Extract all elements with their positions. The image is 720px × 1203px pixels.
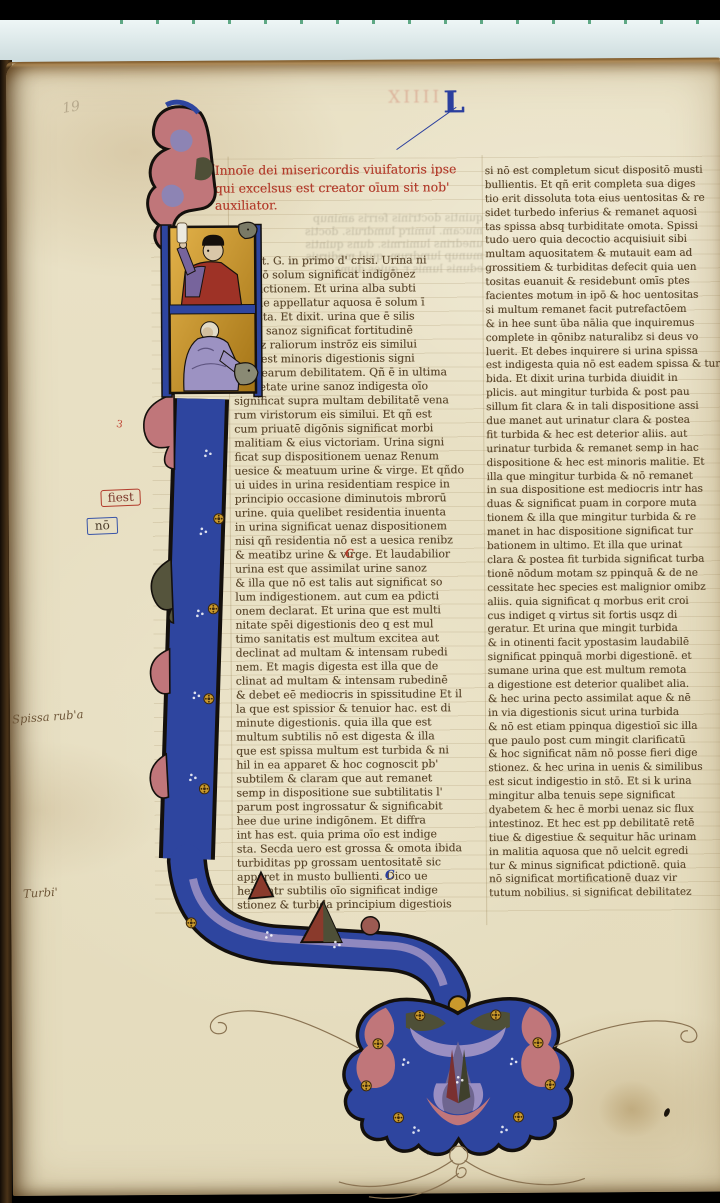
text-line: duas & significat puam in corpore muta (487, 497, 720, 512)
left-column-text: Inquit. G. in primo d' crisi. Urina nigr… (233, 253, 489, 913)
text-line: multam aquositatem & mutauit eam ad (485, 247, 720, 262)
text-line: manet in hac dispositione significat tur (487, 525, 720, 540)
margin-red-mark: 3 (115, 419, 123, 431)
text-line: sillum fit clara & in tali dispositione … (486, 400, 720, 415)
margin-note-spissa: Spissa rub'a (12, 707, 84, 726)
text-line: a digestione est deterior qualibet alia. (488, 678, 720, 693)
text-line: sumane urina que est multum remota (488, 664, 720, 679)
text-line: ique est minoris digestionis signi (234, 351, 486, 367)
text-line: tudo uero quia decoctio acquisiuit sibi (485, 233, 720, 248)
text-line: complete in qōnibz naturalibz si deus vo (486, 330, 720, 345)
text-line: la que est spissior & tenuior hac. est d… (236, 701, 488, 717)
paraph-mark-red: C (345, 547, 354, 560)
text-line: est indigesta quia nō est eadem spissa &… (486, 358, 720, 373)
text-line: hementr subtilis oīo significat indige (237, 883, 489, 899)
text-line: stionez & turbida principium digestiois (237, 897, 489, 913)
text-line: grauetate urine sanoz indigesta oīo (234, 379, 486, 395)
text-line: que paulo post cum mingit clarificatū (488, 733, 720, 748)
text-line: significat supra multam debilitatē vena (234, 393, 486, 409)
text-line: in sua dispositione est mediocris intr h… (487, 483, 720, 498)
rubric-text: Innoīe dei misericordis viuifatoris ipse… (215, 160, 481, 214)
parchment-stain (598, 1080, 664, 1138)
text-line: apparet in musto bullienti. Dico ue (237, 869, 489, 885)
text-line: nitate spēi digestionis deo q est mul (235, 617, 487, 633)
text-line: onem declarat. Et urina que est multi (235, 603, 487, 619)
text-line: malitiam & eius victoriam. Urina signi (234, 435, 486, 451)
text-line: urine. quia quelibet residentia inuenta (235, 505, 487, 521)
text-line: bida. Et dixit urina turbida diuidit in (486, 372, 720, 387)
parchment-page: 19 XIIII L Innoīe dei misericordis viuif… (6, 58, 720, 1196)
text-line: cus indiget q virtus sit fortis usqz di (487, 608, 720, 623)
manuscript-photo: 19 XIIII L Innoīe dei misericordis viuif… (0, 0, 720, 1203)
text-line: Inquit. G. in primo d' crisi. Urina ni (233, 253, 485, 269)
text-line: multum subtilis nō est digesta & illa (236, 729, 488, 745)
text-line: & in hee sunt ūba nālia que inquiremus (486, 316, 720, 331)
text-line: tio erit dissoluta tota eius uentositas … (485, 191, 720, 206)
text-line: cessitate hec species est malignior omib… (487, 580, 720, 595)
text-line: uenaz raliorum instrōz eis similui (234, 337, 486, 353)
text-line: ui uides in urina residentiam respice in (235, 477, 487, 493)
text-line: digesta. Et dixit. urina que ē silis (234, 309, 486, 325)
text-line: principio occasione diminutois mbrorū (235, 491, 487, 507)
text-line: hee due urine indigōnem. Et diffra (237, 813, 489, 829)
pencil-folio-number: 19 (61, 98, 81, 116)
text-line: tionē nōdum motam sz ppinquā & de ne (487, 566, 720, 581)
paraph-mark-rubric: C (203, 161, 215, 179)
text-line: sta. Secda uero est grossa & omota ibida (237, 841, 489, 857)
text-line: dispositione & hec est minoris malitie. … (486, 455, 720, 470)
text-line: que est spissa multum est turbida & ni (236, 743, 488, 759)
text-line: stionez. & hec urina in uenis & similibu… (488, 761, 720, 776)
text-line: lum indigestionem. aut cum ea pdicti (235, 589, 487, 605)
text-line: declinat ad multam & intensam rubedi (236, 645, 488, 661)
text-line: nem. Et magis digesta est illa que de (236, 659, 488, 675)
text-line: semp in dispositione sue subtilitatis l' (236, 785, 488, 801)
text-line: sidet turbedo inferius & remanet aquosi (485, 205, 720, 220)
paraph-mark-blue: C (385, 868, 395, 882)
text-line: minute digestionis. quia illa que est (236, 715, 488, 731)
text-line: urinatur turbida & remanet semp in hac (486, 441, 720, 456)
text-line: qui excelsus est creator oīum sit nob' (215, 178, 481, 197)
ruler-tick-marks (120, 20, 720, 24)
running-header-letter: L (443, 85, 464, 120)
text-line: nō significat mortificationē duaz vir (489, 872, 720, 887)
text-line: tiue & digestiue & sequitur hāc urinam (489, 830, 720, 845)
text-line: cum priuatē digōnis significat morbi (234, 421, 486, 437)
foliate-terminal (343, 996, 572, 1155)
text-line: dyabetem & hec ē morbi uenaz sic flux (489, 803, 720, 818)
text-line: facientes motum in ipō & hoc uentositas (485, 289, 720, 304)
text-line: clinat ad multam & intensam rubedinē (236, 673, 488, 689)
text-line: est sicut indigestio in stō. Et si k uri… (488, 775, 720, 790)
right-column-text: si nō est completum sicut dispositō must… (485, 164, 720, 902)
text-line: geratur. Et urina que mingit turbida (487, 622, 720, 637)
text-line: intestinoz. Et hec est pp debilitatē ret… (489, 816, 720, 831)
text-line: & hec urina pecto assimilat aque & nē (488, 691, 720, 706)
text-line: bationem in ultimo. Et illa que urinat (487, 539, 720, 554)
text-line: turbiditas pp grossam uentositatē sic (237, 855, 489, 871)
text-line: ficat earum debilitatem. Qñ ē in ultima (234, 365, 486, 381)
text-line: urine sanoz significat fortitudinē (234, 323, 486, 339)
text-line: & illa que nō est talis aut significat s… (235, 575, 487, 591)
text-line: clara & postea fit turbida significat tu… (487, 553, 720, 568)
text-line: grossitiem & turbiditas defecit quia uen (485, 261, 720, 276)
text-line: bullientis. Et qñ erit completa sua dige… (485, 178, 720, 193)
text-line: & in otinenti facit ypostasim laudabilē (488, 636, 720, 651)
text-line: in urina significat uenaz dispositionem (235, 519, 487, 535)
text-line: due manet aut urinatur clara & postea (486, 414, 720, 429)
text-line: uesice & meatuum urine & virge. Et qñdo (234, 463, 486, 479)
text-line: tutum nobilius. si significat debilitate… (489, 886, 720, 901)
text-line: Innoīe dei misericordis viuifatoris ipse (215, 160, 481, 179)
text-line: significat ppinquā morbi digestionē. et (488, 650, 720, 665)
text-line: in malitia aquosa que nō uelcit egredi (489, 844, 720, 859)
text-line: mingitur alba tenuis sepe significat (488, 789, 720, 804)
text-line: & meatibz urine & virge. Et laudabilior (235, 547, 487, 563)
text-line: aliis. quia significat q morbus erit cro… (487, 594, 720, 609)
bleedthrough-folio-numeral: XIIII (388, 87, 442, 107)
text-line: hil in ea apparet & hoc cognoscit pb' (236, 757, 488, 773)
margin-note-boxed-blue: nō (87, 517, 119, 535)
text-line: illa que mingitur turbida & nō remanet (487, 469, 720, 484)
text-line: nisi qñ residentia nō est a uesica renib… (235, 533, 487, 549)
text-line: & nō est etiam ppinqua digestioī sic ill… (488, 719, 720, 734)
text-line: int has est. quia prima oīo est indige (237, 827, 489, 843)
text-line: rum viristorum eis similui. Et qñ est (234, 407, 486, 423)
text-line: tas spissa absq turbiditate omota. Spiss… (485, 219, 720, 234)
text-line: si multum remanet facit putrefactōem (485, 303, 720, 318)
text-line: si nō est completum sicut dispositō must… (485, 164, 720, 179)
text-line: fit turbida & hec est deterior aliis. au… (486, 428, 720, 443)
text-line: ficat sup dispositionem uenaz Renum (234, 449, 486, 465)
text-line: tositas euanuit & residebunt omīs ptes (485, 275, 720, 290)
text-line: in via digestionis sicut urina turbida (488, 705, 720, 720)
text-line: sip dictionem. Et urina alba subti (233, 281, 485, 297)
text-line: urina est que assimilat urine sanoz (235, 561, 487, 577)
text-line: timo sanitatis est multum excitea aut (235, 631, 487, 647)
text-line: gra nō solum significat indigōnez (233, 267, 485, 283)
text-line: subtilem & claram que aut remanet (236, 771, 488, 787)
text-line: lis que appellatur aquosa ē solum ī (233, 295, 485, 311)
margin-note-turbi: Turbi' (23, 885, 59, 901)
ink-speck (427, 1151, 430, 1154)
text-line: luerit. Et debes inquirere si urina spis… (486, 344, 720, 359)
text-line: & debet eē mediocris in spissitudine Et … (236, 687, 488, 703)
text-line: & hoc significat nām nō posse fieri dige (488, 747, 720, 762)
text-line: parum post ingrossatur & significabit (237, 799, 489, 815)
text-line: tionem & illa que mingitur turbida & re (487, 511, 720, 526)
text-line: plicis. aut mingitur turbida & post pau (486, 386, 720, 401)
text-line: tur & minus significat pdictionē. quia (489, 858, 720, 873)
margin-note-boxed-red: fiest (100, 488, 141, 507)
